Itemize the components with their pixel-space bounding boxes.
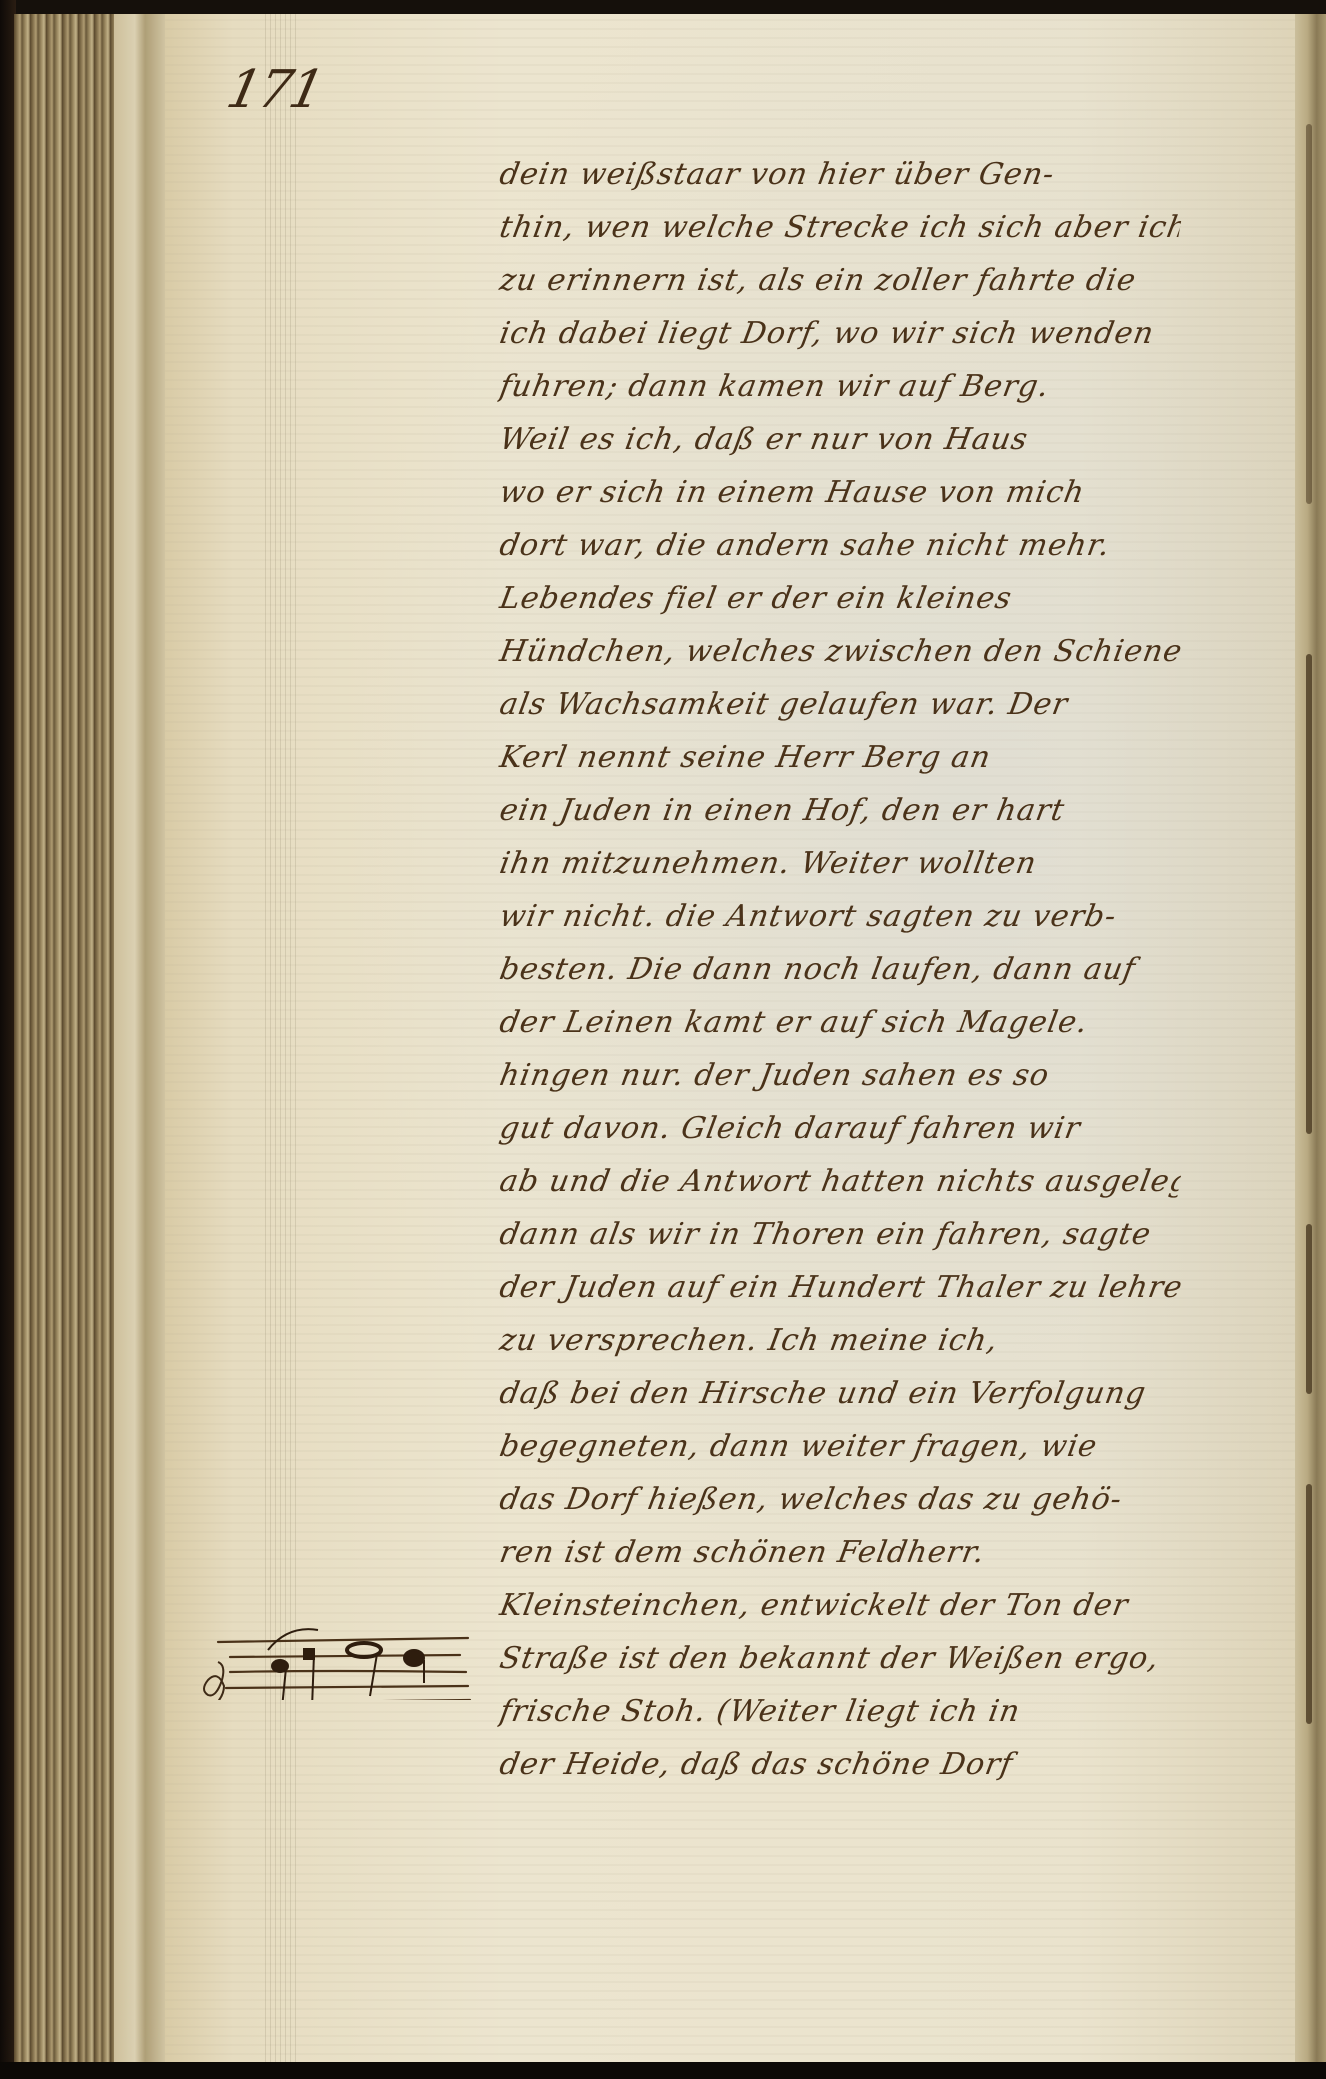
text-line: zu versprechen. Ich meine ich, (495, 1314, 1184, 1367)
text-line: Kleinsteinchen, entwickelt der Ton der (495, 1579, 1184, 1632)
gutter-shadow-mark (1306, 1224, 1312, 1394)
text-line: zu erinnern ist, als ein zoller fahrte d… (495, 254, 1184, 307)
music-notation-marginalia (178, 1600, 478, 1700)
page-fold-lines (265, 14, 299, 2064)
text-line: Lebendes fiel er der ein kleines (495, 572, 1184, 625)
text-line: thin, wen welche Strecke ich sich aber i… (495, 201, 1184, 254)
text-line: wir nicht. die Antwort sagten zu verb- (495, 890, 1184, 943)
text-line: ren ist dem schönen Feldherr. (495, 1526, 1184, 1579)
text-line: daß bei den Hirsche und ein Verfolgung (495, 1367, 1184, 1420)
text-line: das Dorf hießen, welches das zu gehö- (495, 1473, 1184, 1526)
text-line: fuhren; dann kamen wir auf Berg. (495, 360, 1184, 413)
book-scan: 171 dein weißstaar von hier über Gen- th… (0, 0, 1326, 2079)
text-line: gut davon. Gleich darauf fahren wir (495, 1102, 1184, 1155)
text-line: Weil es ich, daß er nur von Haus (495, 413, 1184, 466)
text-line: Hündchen, welches zwischen den Schienen, (495, 625, 1184, 678)
page-number: 171 (222, 60, 328, 120)
text-line: begegneten, dann weiter fragen, wie (495, 1420, 1184, 1473)
text-line: dort war, die andern sahe nicht mehr. (495, 519, 1184, 572)
text-line: der Leinen kamt er auf sich Magele. (495, 996, 1184, 1049)
page-stack-edges (14, 14, 166, 2064)
text-line: frische Stoh. (Weiter liegt ich in (495, 1685, 1184, 1738)
text-line: wo er sich in einem Hause von mich (495, 466, 1184, 519)
book-cover-bottom-edge (0, 2062, 1326, 2079)
text-line: Kerl nennt seine Herr Berg an (495, 731, 1184, 784)
text-line: dein weißstaar von hier über Gen- (495, 148, 1184, 201)
text-line: als Wachsamkeit gelaufen war. Der (495, 678, 1184, 731)
text-line: Straße ist den bekannt der Weißen ergo, (495, 1632, 1184, 1685)
book-gutter (1295, 14, 1326, 2064)
gutter-shadow-mark (1306, 1484, 1312, 1724)
text-line: ab und die Antwort hatten nichts ausgele… (495, 1155, 1184, 1208)
text-line: dann als wir in Thoren ein fahren, sagte (495, 1208, 1184, 1261)
gutter-shadow-mark (1306, 124, 1312, 504)
text-line: der Heide, daß das schöne Dorf (495, 1738, 1184, 1791)
handwritten-text-block: dein weißstaar von hier über Gen- thin, … (500, 148, 1180, 1791)
text-line: ein Juden in einen Hof, den er hart (495, 784, 1184, 837)
text-line: hingen nur. der Juden sahen es so (495, 1049, 1184, 1102)
text-line: besten. Die dann noch laufen, dann auf (495, 943, 1184, 996)
text-line: der Juden auf ein Hundert Thaler zu lehr… (495, 1261, 1184, 1314)
staff-line (218, 1638, 468, 1642)
treble-clef-icon (197, 1662, 224, 1700)
gutter-shadow-mark (1306, 654, 1312, 1134)
text-line: ich dabei liegt Dorf, wo wir sich wenden (495, 307, 1184, 360)
text-line: ihn mitzunehmen. Weiter wollten (495, 837, 1184, 890)
